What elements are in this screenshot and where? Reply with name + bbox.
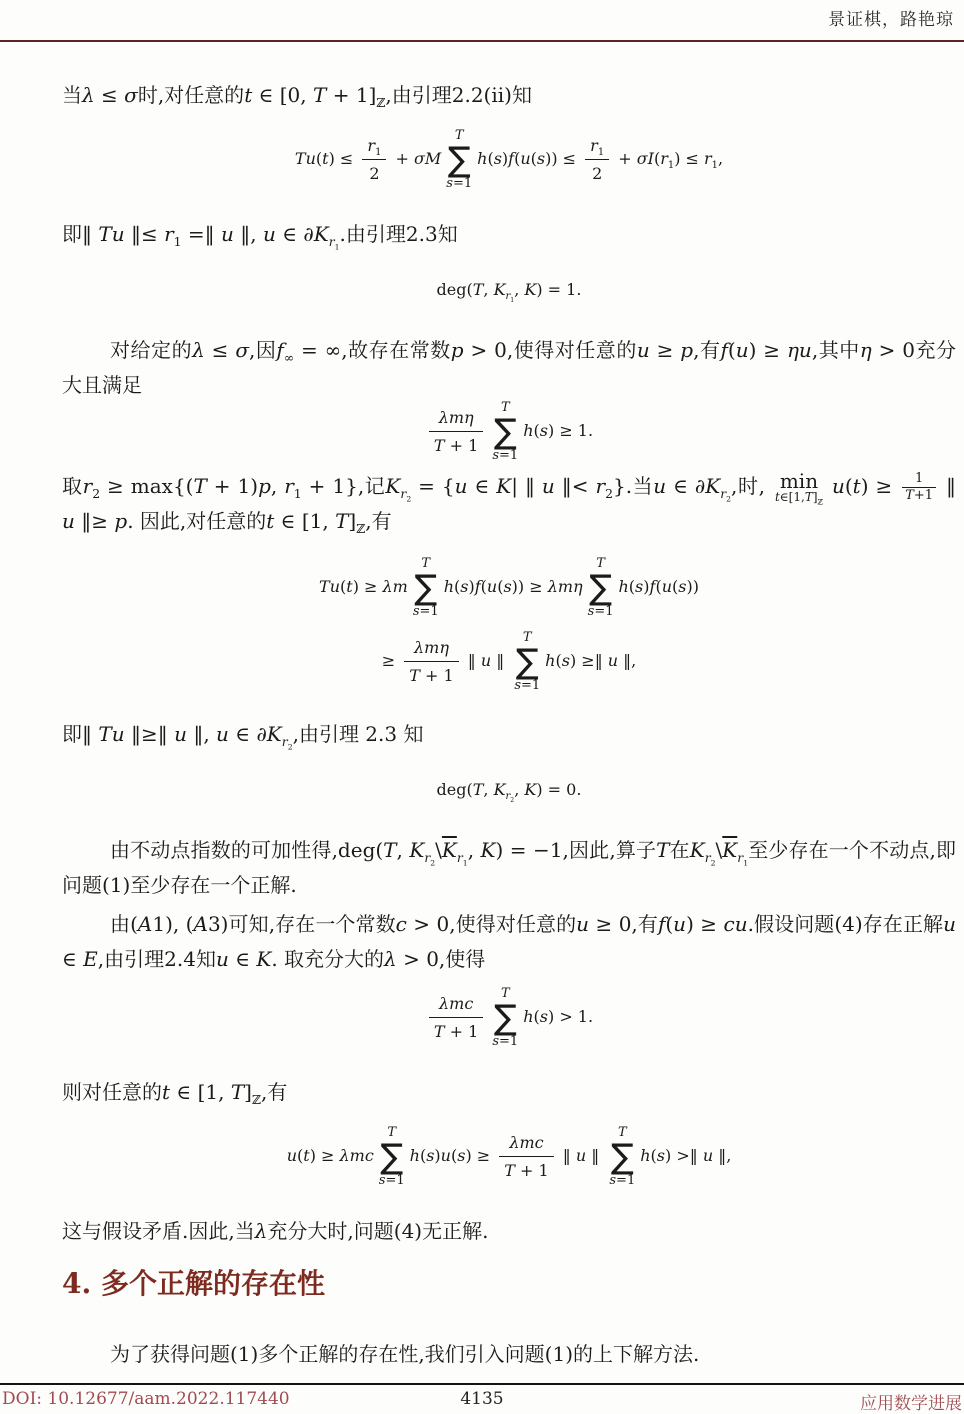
text-run: ) ≥ [353,577,383,596]
math-var: K [690,838,705,862]
math-var: u [943,912,956,936]
subscript: r2 [720,486,731,501]
journal-page: { "header": { "authors": "景证棋，路艳琼" }, "f… [0,0,964,1414]
formula-line: deg(T, Kr2, K) = 0. [62,772,956,807]
denominator: T+1 [902,488,936,503]
text-run: ) ≥ [749,338,787,362]
subscript: ℤ [356,521,365,536]
subscript: 1 [375,147,381,158]
text-run: ] [244,1080,252,1104]
math-var: c [396,912,407,936]
paragraph: 当λ ≤ σ时,对任意的t ∈ [0, T + 1]ℤ,由引理2.2(ii)知 [62,78,956,113]
math-var: u [263,222,276,246]
text-run: . 因此,对任意的 [127,509,266,533]
text-run: .假设问题(4)存在正解 [748,912,944,936]
text-run: 即‖ [62,722,98,746]
overline: K [442,838,457,862]
text-run: + 1 [445,436,479,455]
text-run: + [390,149,414,168]
text-run: ‖≥ [75,509,114,533]
math-var: p [451,338,464,362]
text-run: ∈ [62,947,83,971]
text-run: deg( [437,280,473,299]
denominator: T + 1 [404,662,458,687]
math-var: r [660,149,668,168]
math-var: T [409,666,420,685]
math-var: u [487,577,497,596]
text-run: =1 [521,678,540,693]
math-var: p [114,509,127,533]
text-run: ∞ [284,350,294,365]
paragraph: 这与假设矛盾.因此,当λ充分大时,问题(4)无正解. [62,1214,956,1249]
summation: T∑s=1 [588,557,614,619]
formula-line: ≥ λmηT + 1 ‖ u ‖ T∑s=1h(s) ≥‖ u ‖, [62,629,956,693]
numerator: λmη [404,636,458,662]
text-run: 即‖ [62,222,98,246]
text-run: ∈ [1, [274,509,335,533]
math-var: h [640,1146,650,1165]
paragraph: 取r2 ≥ max{(T + 1)p, r1 + 1},记Kr2 = {u ∈ … [62,469,956,539]
math-var: K [524,280,536,299]
sigma-symbol: ∑ [494,415,517,449]
text-run: )) [686,577,698,596]
summation: T∑s=1 [446,129,472,191]
text-run: ,有 [365,509,391,533]
document-content: 当λ ≤ σ时,对任意的t ∈ [0, T + 1]ℤ,由引理2.2(ii)知T… [62,42,956,1372]
text-run: > 0,使得对任意的 [407,912,576,936]
math-var: r [83,474,93,498]
formula-line: λmcT + 1T∑s=1h(s) > 1. [62,985,956,1049]
math-var: E [83,947,98,971]
text-run: ) = 0. [536,780,581,799]
text-run: =‖ [182,222,221,246]
math-var: T [335,509,348,533]
math-var: λmη [548,577,583,596]
text-run: + [613,149,637,168]
text-run: ∈ [468,474,497,498]
math-var: σ [235,338,249,362]
text-run: ‖, [618,651,636,670]
subscript: 1 [598,147,604,158]
math-var: K [494,280,506,299]
fraction: λmηT + 1 [404,636,458,687]
text-run: ≥ 0,有 [589,912,658,936]
summation: T∑s=1 [492,401,518,463]
math-var: Tu [295,149,316,168]
text-run: + 1},记 [302,474,386,498]
math-var: u [662,577,672,596]
text-run: , [514,780,524,799]
denominator: T + 1 [499,1157,553,1182]
subscript: r1 [737,850,748,865]
sum-lower-limit: s=1 [492,1035,518,1049]
text-run: 1 [294,486,302,501]
paragraph: 对给定的λ ≤ σ,因f∞ = ∞,故存在常数p > 0,使得对任意的u ≥ p… [62,333,956,403]
math-var: f [721,338,728,362]
math-var: λmη [439,408,474,427]
math-var: ∂K [695,474,720,498]
text-run: ) ≤ [674,149,704,168]
text-run: ℤ [252,1092,261,1107]
math-var: σ [124,83,138,107]
text-run: 2 [92,486,100,501]
text-run: | ‖ [511,474,542,498]
text-run: ( [728,338,736,362]
math-var: u [736,338,749,362]
text-run: , [514,280,524,299]
denominator: 2 [585,160,609,185]
math-var: h [523,421,533,440]
denominator: T + 1 [429,432,483,457]
math-var: t [853,474,861,498]
math-var: t [162,1080,170,1104]
math-var: r [590,136,598,155]
math-var: cu [724,912,748,936]
text-run: + 1 [445,1022,479,1041]
subscript: 1 [174,234,182,249]
text-run: ∈[1, [780,490,805,504]
math-var: K [524,780,536,799]
math-var: u [216,722,229,746]
math-var: A [138,912,152,936]
numerator: 1 [902,472,936,488]
subscript: r1 [329,234,340,249]
text-run: , [718,149,723,168]
text-run: ,由引理 2.3 知 [293,722,424,746]
text-run: deg( [437,780,473,799]
math-var: λm [383,577,408,596]
text-run: =1 [420,604,439,619]
subscript: ℤ [252,1092,261,1107]
math-var: s [413,604,420,619]
subscript: r2 [506,791,515,802]
math-var: λ [82,83,95,107]
math-var: λmc [340,1146,374,1165]
math-var: Tu [319,577,340,596]
math-var: s [540,421,548,440]
paragraph: 即‖ Tu ‖≥‖ u ‖, u ∈ ∂Kr2,由引理 2.3 知 [62,717,956,752]
text-run: 对给定的 [110,338,192,362]
fraction: λmηT + 1 [429,406,483,457]
text-run: 4. 多个正解的存在性 [62,1267,325,1300]
under-limit: t∈[1,T]ℤ [775,491,823,504]
text-run: ,由引理2.2(ii)知 [385,83,532,107]
denominator: 2 [362,160,386,185]
text-run: ) >‖ [665,1146,703,1165]
text-run: 取 [62,474,83,498]
paragraph: 为了获得问题(1)多个正解的存在性,我们引入问题(1)的上下解方法. [62,1337,956,1372]
summation: T∑s=1 [379,1126,405,1188]
math-var: T [656,838,669,862]
math-var: K [496,474,511,498]
text-run: 1 [915,471,923,486]
text-run: =1 [499,448,518,463]
math-var: s [540,1007,548,1026]
text-run: ‖ [586,1146,604,1165]
text-run: =1 [385,1173,404,1188]
formula-line: deg(T, Kr1, K) = 1. [62,272,956,307]
fraction: r12 [585,134,609,185]
text-run: ≥ max{( [100,474,193,498]
text-run: . 取充分大的 [271,947,384,971]
math-var: r [164,222,174,246]
fraction: λmcT + 1 [499,1131,553,1182]
text-run: =1 [594,604,613,619]
paragraph: 即‖ Tu ‖≤ r1 =‖ u ‖, u ∈ ∂Kr1.由引理2.3知 [62,217,956,252]
text-run: ) ≥ [686,912,723,936]
math-var: K [442,838,457,862]
text-run: ≥ [382,651,401,670]
math-var: K [385,474,400,498]
math-var: u [673,912,686,936]
math-var: u [216,947,229,971]
text-run: ≤ [205,338,236,362]
sum-lower-limit: s=1 [588,605,614,619]
math-var: h [523,1007,533,1026]
text-run: =1 [616,1173,635,1188]
formula-line: u(t) ≥ λmcT∑s=1h(s)u(s) ≥ λmcT + 1 ‖ u ‖… [62,1124,956,1188]
section-heading: 4. 多个正解的存在性 [62,1267,956,1301]
text-run: , [468,838,481,862]
summation: T∑s=1 [514,631,540,693]
math-var: λ [384,947,397,971]
denominator: T + 1 [429,1018,483,1043]
footer-journal: 应用数学进展 [860,1389,962,1414]
paragraph: 由(A1), (A3)可知,存在一个常数c > 0,使得对任意的u ≥ 0,有f… [62,907,956,977]
math-var: r [596,474,606,498]
math-var: Tu [98,222,124,246]
math-var: λmc [439,994,473,1013]
sum-lower-limit: s=1 [413,605,439,619]
text-run: ) ≥‖ [570,651,608,670]
math-var: λ [255,1219,268,1243]
text-run: , [397,838,410,862]
math-var: s [446,176,453,191]
text-run: 由不动点指数的可加性得,deg( [110,838,383,862]
paragraph: 则对任意的t ∈ [1, T]ℤ,有 [62,1075,956,1110]
sigma-symbol: ∑ [380,1140,403,1174]
text-run: ∈ [666,474,695,498]
math-var: s [657,1146,665,1165]
math-var: u [221,222,234,246]
text-run: )) ≥ [512,577,548,596]
subscript: r2 [424,850,435,865]
text-run: }.当 [613,474,653,498]
sum-lower-limit: s=1 [379,1174,405,1188]
math-var: u [520,149,530,168]
math-var: u [608,651,618,670]
text-run: ,其中 [812,338,860,362]
numerator: r1 [585,134,609,160]
math-var: T [193,474,206,498]
math-var: s [537,149,545,168]
math-var: u [832,474,845,498]
math-var: s [562,651,570,670]
math-var: T [313,83,326,107]
math-var: u [441,1146,451,1165]
text-run: ℤ [356,521,365,536]
text-run: ) = 1. [536,280,581,299]
text-run: 3)可知,存在一个常数 [208,912,396,936]
text-run: ‖, [713,1146,731,1165]
sigma-symbol: ∑ [589,571,612,605]
text-run: =1 [499,1034,518,1049]
math-var: u [455,474,468,498]
math-var: u [576,1146,586,1165]
formula-line: Tu(t) ≤ r12 + σMT∑s=1h(s)f(u(s)) ≤ r12 +… [62,127,956,191]
sum-lower-limit: s=1 [609,1174,635,1188]
math-var: T [231,1080,244,1104]
summation: T∑s=1 [413,557,439,619]
text-run: .由引理2.3知 [340,222,458,246]
math-var: u [542,474,555,498]
text-run: , [483,780,493,799]
formula-line: λmηT + 1T∑s=1h(s) ≥ 1. [62,399,956,463]
page-footer: DOI: 10.12677/aam.2022.117440 4135 应用数学进… [0,1389,964,1413]
math-var: u [481,651,491,670]
math-var: u [653,474,666,498]
subscript: r1 [457,850,468,865]
display-formula: deg(T, Kr1, K) = 1. [62,272,956,307]
sigma-symbol: ∑ [494,1001,517,1035]
footer-page-number: 4135 [0,1389,964,1409]
sum-lower-limit: s=1 [514,679,540,693]
summation: T∑s=1 [609,1126,635,1188]
math-var: ∂K [303,222,328,246]
subscript: ℤ [818,497,823,506]
sigma-symbol: ∑ [611,1140,634,1174]
text-run: 当 [62,83,82,107]
math-var: u [703,1146,713,1165]
text-run: ) ≥ 1. [548,421,593,440]
text-run: ) ≥ [861,474,900,498]
operator-with-limit: mint∈[1,T]ℤ [775,471,823,504]
text-run: ) > 1. [548,1007,593,1026]
summation: T∑s=1 [492,987,518,1049]
fraction: 1T+1 [902,472,936,503]
math-var: T [434,436,445,455]
text-run: 时,对任意的 [138,83,244,107]
text-run: +1 [914,488,933,503]
math-var: T [905,488,914,503]
text-run: 在 [669,838,689,862]
math-var: u [637,338,650,362]
math-var: K [481,838,496,862]
math-var: K [256,947,271,971]
math-var: r [704,149,712,168]
text-run: ) ≥ [465,1146,495,1165]
math-var: ηu [787,338,812,362]
text-run: ‖≤ [125,222,164,246]
math-var: u [287,1146,297,1165]
math-var: T [473,280,484,299]
display-formula: deg(T, Kr2, K) = 0. [62,772,956,807]
math-var: λmc [509,1133,543,1152]
numerator: λmc [429,992,483,1018]
text-run: + 1] [326,83,376,107]
text-run: = ∞,故存在常数 [294,338,451,362]
text-run: > 0,使得对任意的 [464,338,637,362]
text-run: ‖ [463,651,481,670]
math-var: ∂K [256,722,281,746]
math-var: T [473,780,484,799]
text-run: + 1) [207,474,258,498]
footer-rule [0,1383,964,1385]
text-run: ) = −1,因此,算子 [496,838,657,862]
sigma-symbol: ∑ [516,645,539,679]
text-run: > 0,使得 [397,947,486,971]
text-run: ‖, [187,722,216,746]
math-var: s [494,149,502,168]
text-run: = { [411,474,454,498]
text-run: + 1 [515,1161,549,1180]
text-run: ,有 [693,338,720,362]
math-var: r [284,474,294,498]
subscript: r2 [400,486,411,501]
text-run: ( [845,474,853,498]
sum-lower-limit: s=1 [446,177,472,191]
text-run: , [483,280,493,299]
math-var: λ [192,338,205,362]
text-run: 则对任意的 [62,1080,162,1104]
text-run: 为了获得问题(1)多个正解的存在性,我们引入问题(1)的上下解方法. [110,1342,699,1366]
text-run: ≤ [95,83,124,107]
text-run: ∈ [229,722,257,746]
text-run: 这与假设矛盾.因此,当 [62,1219,255,1243]
text-run: ) ≥ [310,1146,340,1165]
text-run: ,有 [261,1080,287,1104]
math-var: σI [637,149,654,168]
formula-line: Tu(t) ≥ λmT∑s=1h(s)f(u(s)) ≥ λmηT∑s=1h(s… [62,555,956,619]
display-formula: λmcT + 1T∑s=1h(s) > 1. [62,985,956,1049]
text-run: ( [665,912,673,936]
text-run: ‖ [491,651,509,670]
display-formula: Tu(t) ≤ r12 + σMT∑s=1h(s)f(u(s)) ≤ r12 +… [62,127,956,191]
subscript: r2 [705,850,716,865]
subscript: 2 [605,486,613,501]
text-run: 2 [592,164,602,183]
math-var: K [409,838,424,862]
math-var: p [680,338,693,362]
math-var: h [477,149,487,168]
text-run: )) ≤ [545,149,581,168]
subscript: 1 [294,486,302,501]
text-run: ,因 [249,338,276,362]
header-authors: 景证棋，路艳琼 [828,5,954,30]
text-run: =1 [453,176,472,191]
math-var: σM [414,149,441,168]
text-run: 2 [369,164,379,183]
overline: K [722,838,737,862]
sum-lower-limit: s=1 [492,449,518,463]
math-var: u [62,509,75,533]
text-run: 2 [605,486,613,501]
subscript: ∞ [284,350,294,365]
math-var: K [494,780,506,799]
math-var: λmη [414,638,449,657]
text-run: ∈ [229,947,257,971]
math-var: f [276,338,283,362]
text-run: ∈ [0, [252,83,313,107]
fraction: λmcT + 1 [429,992,483,1043]
math-var: T [383,838,396,862]
operator-name: min [780,471,818,491]
text-run: 1), ( [152,912,193,936]
text-run: , [271,474,284,498]
math-var: K [722,838,737,862]
math-var: p [258,474,271,498]
text-run: ∈ [276,222,304,246]
